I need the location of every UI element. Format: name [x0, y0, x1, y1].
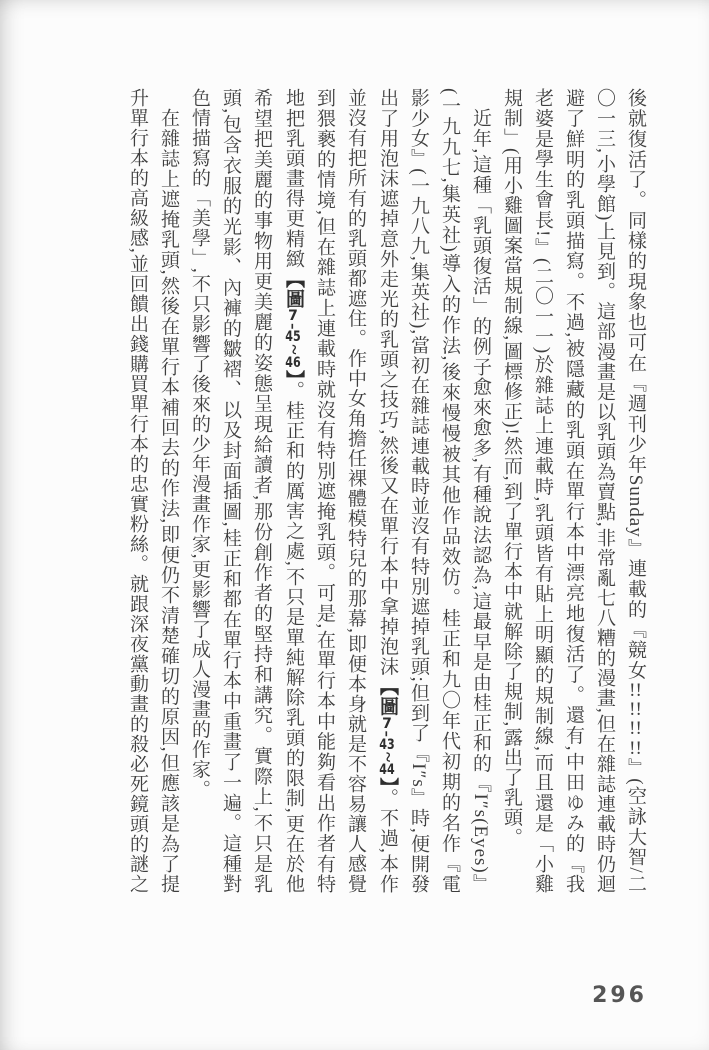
figure-reference: 【圖: [377, 676, 398, 716]
figure-reference: 44: [379, 763, 395, 777]
figure-reference: -: [377, 731, 398, 738]
figure-reference: 【圖: [283, 269, 304, 309]
text-segment: Sunday: [625, 475, 646, 538]
figure-reference: 45: [285, 330, 301, 344]
text-segment: !!: [625, 719, 646, 738]
figure-reference: ~: [283, 345, 304, 356]
text-segment: 』連載的『競女: [625, 538, 646, 681]
paragraph: 近年,這種「乳頭復活」的例子愈來愈多,有種說法認為,這最早是由桂正和的『I″s(…: [184, 88, 496, 894]
page-number: 296: [592, 983, 647, 1008]
text-segment: !!: [625, 739, 646, 758]
text-segment: 後就復活了。同樣的現象也可在『週刊少年: [625, 88, 646, 475]
figure-reference: 46: [285, 355, 301, 369]
figure-reference: 7: [379, 717, 395, 731]
figure-reference: 】: [283, 370, 304, 381]
book-page: 後就復活了。同樣的現象也可在『週刊少年Sunday』連載的『競女!!!!!!!!…: [0, 0, 709, 1050]
paragraph: 後就復活了。同樣的現象也可在『週刊少年Sunday』連載的『競女!!!!!!!!…: [496, 88, 651, 894]
figure-reference: 43: [379, 738, 395, 752]
text-segment: 在雜誌上遮掩乳頭,然後在單行本補回去的作法,即便仍不清楚確切的原因,但應該是為了…: [127, 88, 179, 894]
text-segment: !!: [625, 700, 646, 719]
figure-reference: 】: [377, 777, 398, 788]
figure-reference: ~: [377, 752, 398, 763]
body-text: 後就復活了。同樣的現象也可在『週刊少年Sunday』連載的『競女!!!!!!!!…: [69, 88, 651, 894]
paragraph: 在雜誌上遮掩乳頭,然後在單行本補回去的作法,即便仍不清楚確切的原因,但應該是為了…: [122, 88, 184, 894]
figure-reference: 7: [285, 309, 301, 323]
text-segment: !!: [625, 681, 646, 700]
